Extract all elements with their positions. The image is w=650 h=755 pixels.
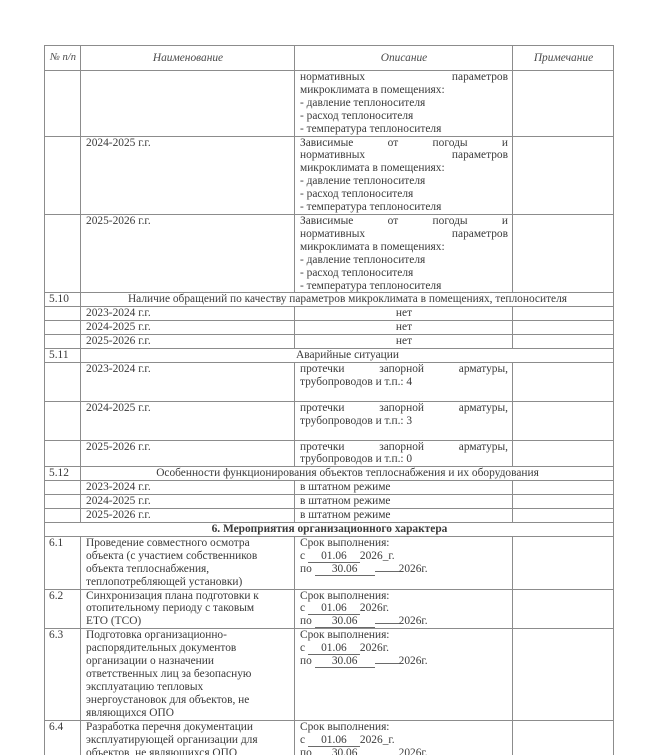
section-6-title: 6. Мероприятия организационного характер… xyxy=(45,523,614,537)
section-header-row: 5.11Аварийные ситуации xyxy=(45,349,614,363)
deadline-to: по 30.062026г. xyxy=(300,747,508,755)
row-period: 2024-2025 г.г. xyxy=(81,401,295,440)
row-number xyxy=(45,335,81,349)
text-line: ЕТО (ТСО) xyxy=(86,615,290,628)
row-value: в штатном режиме xyxy=(295,481,513,495)
deadline-from: с 01.062026г. xyxy=(300,642,508,655)
table-row: 2025-2026 г.г.нет xyxy=(45,335,614,349)
table-row: 2023-2024 г.г.нет xyxy=(45,307,614,321)
header-note: Примечание xyxy=(513,46,614,71)
row-period: 2024-2025 г.г. xyxy=(81,495,295,509)
row-note xyxy=(513,335,614,349)
row-period: 2025-2026 г.г. xyxy=(81,214,295,292)
deadline-to: по 30.062026г. xyxy=(300,615,508,628)
deadline-label: Срок выполнения: xyxy=(300,629,508,642)
table-row: 2024-2025 г.г.нет xyxy=(45,321,614,335)
row-period: 2025-2026 г.г. xyxy=(81,335,295,349)
text-line: Зависимые от погоды и xyxy=(300,137,508,150)
text-line: протечки запорной арматуры, xyxy=(300,441,508,454)
from-date: 01.06 xyxy=(308,643,360,655)
text-line: Проведение совместного осмотра xyxy=(86,537,290,550)
section-header-row: 6. Мероприятия организационного характер… xyxy=(45,523,614,537)
row-note xyxy=(513,307,614,321)
to-year: 2026г. xyxy=(399,655,428,667)
row-number: 6.1 xyxy=(45,536,81,589)
header-name: Наименование xyxy=(81,46,295,71)
row-number xyxy=(45,509,81,523)
text-line: - расход теплоносителя xyxy=(300,188,508,201)
section-title: Наличие обращений по качеству параметров… xyxy=(81,293,614,307)
section-header-row: 5.12Особенности функционирования объекто… xyxy=(45,467,614,481)
table-row: 2024-2025 г.г.протечки запорной арматуры… xyxy=(45,401,614,440)
section-title: Аварийные ситуации xyxy=(81,349,614,363)
deadline-label: Срок выполнения: xyxy=(300,721,508,734)
text-line: объекта (с участием собственников xyxy=(86,550,290,563)
row-note xyxy=(513,214,614,292)
row-number xyxy=(45,71,81,137)
row-value: в штатном режиме xyxy=(295,495,513,509)
text-line: ответственных лиц за безопасную xyxy=(86,668,290,681)
document-page: № п/п Наименование Описание Примечание н… xyxy=(44,45,613,755)
row-note xyxy=(513,71,614,137)
text-line: микроклимата в помещениях: xyxy=(300,162,508,175)
table-row: 2025-2026 г.г.Зависимые от погоды инорма… xyxy=(45,214,614,292)
row-description: нормативных параметровмикроклимата в пом… xyxy=(295,71,513,137)
table-row: 2024-2025 г.г.в штатном режиме xyxy=(45,495,614,509)
row-note xyxy=(513,720,614,755)
text-line: протечки запорной арматуры, xyxy=(300,363,508,376)
text-line: являющихся ОПО xyxy=(86,707,290,720)
row-note xyxy=(513,481,614,495)
header-description: Описание xyxy=(295,46,513,71)
section-header-row: 5.10Наличие обращений по качеству параме… xyxy=(45,293,614,307)
text-line: Подготовка организационно- xyxy=(86,629,290,642)
row-description: протечки запорной арматуры,трубопроводов… xyxy=(295,401,513,440)
row-number xyxy=(45,401,81,440)
from-year: 2026_г. xyxy=(360,734,395,746)
row-description: Зависимые от погоды инормативных парамет… xyxy=(295,214,513,292)
row-name: Синхронизация плана подготовки котопител… xyxy=(81,589,295,629)
to-date: 30.06 xyxy=(315,564,375,576)
row-value: нет xyxy=(295,307,513,321)
text-line: объекта теплоснабжения, xyxy=(86,563,290,576)
deadline-from: с 01.062026_г. xyxy=(300,550,508,563)
text-line: - давление теплоносителя xyxy=(300,97,508,110)
row-period xyxy=(81,71,295,137)
text-line: эксплуатацию тепловых xyxy=(86,681,290,694)
row-number xyxy=(45,481,81,495)
deadline-label: Срок выполнения: xyxy=(300,590,508,603)
row-period: 2023-2024 г.г. xyxy=(81,362,295,401)
text-line: - давление теплоносителя xyxy=(300,175,508,188)
row-note xyxy=(513,536,614,589)
row-description: протечки запорной арматуры,трубопроводов… xyxy=(295,362,513,401)
row-deadline: Срок выполнения:с 01.062026г.по 30.06202… xyxy=(295,589,513,629)
text-line: нормативных параметров xyxy=(300,71,508,84)
deadline-label: Срок выполнения: xyxy=(300,537,508,550)
text-line: - давление теплоносителя xyxy=(300,254,508,267)
row-note xyxy=(513,629,614,720)
to-date: 30.06 xyxy=(315,656,375,668)
row-note xyxy=(513,362,614,401)
row-note xyxy=(513,321,614,335)
section-number: 5.12 xyxy=(45,467,81,481)
row-note xyxy=(513,401,614,440)
text-line: отопительному периоду с таковым xyxy=(86,602,290,615)
row-value: нет xyxy=(295,335,513,349)
text-line: протечки запорной арматуры, xyxy=(300,402,508,415)
row-deadline: Срок выполнения:с 01.062026г.по 30.06202… xyxy=(295,629,513,720)
row-period: 2024-2025 г.г. xyxy=(81,321,295,335)
to-year: 2026г. xyxy=(399,615,428,627)
to-date: 30.06 xyxy=(315,616,375,628)
table-row: 2025-2026 г.г.в штатном режиме xyxy=(45,509,614,523)
row-period: 2023-2024 г.г. xyxy=(81,481,295,495)
text-line: Синхронизация плана подготовки к xyxy=(86,590,290,603)
section-number: 5.10 xyxy=(45,293,81,307)
to-year: 2026г. xyxy=(399,747,428,755)
text-line: нормативных параметров xyxy=(300,149,508,162)
text-line: - расход теплоносителя xyxy=(300,267,508,280)
row-number xyxy=(45,214,81,292)
table-row: нормативных параметровмикроклимата в пом… xyxy=(45,71,614,137)
text-line: организации о назначении xyxy=(86,655,290,668)
row-name: Проведение совместного осмотраобъекта (с… xyxy=(81,536,295,589)
row-name: Подготовка организационно-распорядительн… xyxy=(81,629,295,720)
text-line: объектов, не являющихся ОПО xyxy=(86,747,290,755)
row-note xyxy=(513,509,614,523)
text-line: трубопроводов и т.п.: 0 xyxy=(300,453,508,466)
row-number xyxy=(45,362,81,401)
table-row: 2023-2024 г.г.в штатном режиме xyxy=(45,481,614,495)
table-row: 6.1Проведение совместного осмотраобъекта… xyxy=(45,536,614,589)
text-line: микроклимата в помещениях: xyxy=(300,84,508,97)
from-year: 2026_г. xyxy=(360,550,395,562)
to-year-pad xyxy=(375,663,399,664)
header-number: № п/п xyxy=(45,46,81,71)
text-line: нормативных параметров xyxy=(300,228,508,241)
row-number xyxy=(45,321,81,335)
to-date: 30.06 xyxy=(315,748,375,755)
row-number xyxy=(45,136,81,214)
row-value: в штатном режиме xyxy=(295,509,513,523)
table-row: 2023-2024 г.г.протечки запорной арматуры… xyxy=(45,362,614,401)
row-number xyxy=(45,495,81,509)
row-description: Зависимые от погоды инормативных парамет… xyxy=(295,136,513,214)
row-note xyxy=(513,495,614,509)
to-year-pad xyxy=(375,571,399,572)
from-date: 01.06 xyxy=(308,735,360,747)
row-number xyxy=(45,307,81,321)
row-period: 2025-2026 г.г. xyxy=(81,440,295,467)
row-note xyxy=(513,136,614,214)
row-period: 2025-2026 г.г. xyxy=(81,509,295,523)
text-line: - температура теплоносителя xyxy=(300,123,508,136)
table-row: 6.4Разработка перечня документацииэксплу… xyxy=(45,720,614,755)
text-line: распорядительных документов xyxy=(86,642,290,655)
text-line: трубопроводов и т.п.: 3 xyxy=(300,415,508,428)
row-description: протечки запорной арматуры,трубопроводов… xyxy=(295,440,513,467)
row-note xyxy=(513,589,614,629)
from-date: 01.06 xyxy=(308,603,360,615)
table-row: 2025-2026 г.г.протечки запорной арматуры… xyxy=(45,440,614,467)
from-year: 2026г. xyxy=(360,642,389,654)
table-row: 6.3Подготовка организационно-распорядите… xyxy=(45,629,614,720)
table-row: 6.2Синхронизация плана подготовки котопи… xyxy=(45,589,614,629)
row-number xyxy=(45,440,81,467)
text-line: Разработка перечня документации xyxy=(86,721,290,734)
section-number: 5.11 xyxy=(45,349,81,363)
row-number: 6.2 xyxy=(45,589,81,629)
section-title: Особенности функционирования объектов те… xyxy=(81,467,614,481)
text-line: трубопроводов и т.п.: 4 xyxy=(300,376,508,389)
row-number: 6.4 xyxy=(45,720,81,755)
text-line: теплопотребляющей установки) xyxy=(86,576,290,589)
text-line: энергоустановок для объектов, не xyxy=(86,694,290,707)
measures-table: № п/п Наименование Описание Примечание н… xyxy=(44,45,614,755)
table-row: 2024-2025 г.г.Зависимые от погоды инорма… xyxy=(45,136,614,214)
from-year: 2026г. xyxy=(360,602,389,614)
row-deadline: Срок выполнения:с 01.062026_г.по 30.0620… xyxy=(295,536,513,589)
deadline-from: с 01.062026г. xyxy=(300,602,508,615)
row-note xyxy=(513,440,614,467)
row-name: Разработка перечня документацииэксплуати… xyxy=(81,720,295,755)
to-year: 2026г. xyxy=(399,563,428,575)
text-line: Зависимые от погоды и xyxy=(300,215,508,228)
row-value: нет xyxy=(295,321,513,335)
text-line: эксплуатирующей организации для xyxy=(86,734,290,747)
row-deadline: Срок выполнения:с 01.062026_г.по 30.0620… xyxy=(295,720,513,755)
table-header-row: № п/п Наименование Описание Примечание xyxy=(45,46,614,71)
row-number: 6.3 xyxy=(45,629,81,720)
text-line: - температура теплоносителя xyxy=(300,280,508,293)
to-year-pad xyxy=(375,623,399,624)
deadline-to: по 30.062026г. xyxy=(300,655,508,668)
deadline-to: по 30.062026г. xyxy=(300,563,508,576)
row-period: 2024-2025 г.г. xyxy=(81,136,295,214)
text-line: микроклимата в помещениях: xyxy=(300,241,508,254)
text-line: - расход теплоносителя xyxy=(300,110,508,123)
from-date: 01.06 xyxy=(308,551,360,563)
row-period: 2023-2024 г.г. xyxy=(81,307,295,321)
deadline-from: с 01.062026_г. xyxy=(300,734,508,747)
text-line: - температура теплоносителя xyxy=(300,201,508,214)
